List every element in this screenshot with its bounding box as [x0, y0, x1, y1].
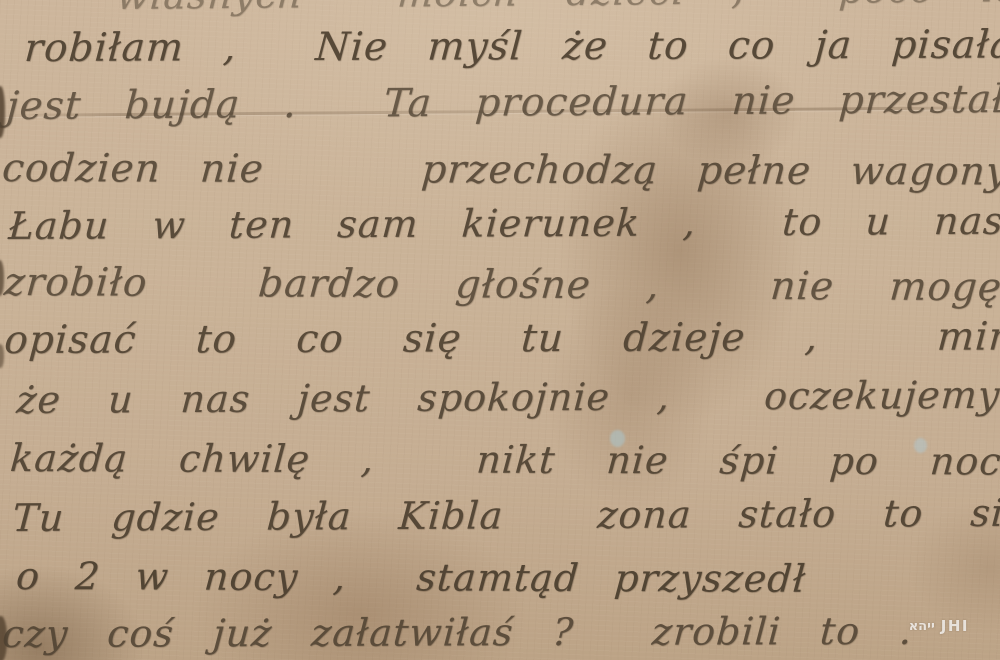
- handwriting-line: że u nas jest spokojnie , oczekujemy: [15, 373, 1000, 422]
- handwriting-line: własnych moich dzieci , poco ich: [115, 0, 1000, 18]
- handwriting-line: każdą chwilę , nikt nie śpi po nocach: [9, 436, 1000, 484]
- handwriting-line: codzien nie przechodzą pełne wagony z: [1, 146, 1000, 195]
- watermark-latin-text: JHI: [941, 617, 969, 635]
- watermark-hebrew-text: ייהא: [909, 619, 935, 634]
- handwriting-line: o 2 w nocy , stamtąd przyszedł: [15, 554, 808, 601]
- handwriting-line: opisać to co się tu dzieje , mimo: [3, 314, 1000, 363]
- ink-blot-left-edge: [0, 86, 5, 138]
- handwriting-line: jest bujdą . Ta procedura nie przestała: [5, 77, 1000, 129]
- handwriting-line: robiłam , Nie myśl że to co ja pisałam: [23, 22, 1000, 71]
- handwriting-line: Tu gdzie była Kibla zona stało to się: [11, 491, 1000, 540]
- letter-scan: własnych moich dzieci , poco ich robiłam…: [0, 0, 1000, 660]
- handwriting-line: Łabu w ten sam kierunek , to u nas się: [7, 198, 1000, 248]
- jhi-watermark-logo: ייהא JHI: [909, 617, 969, 635]
- handwriting-line: zrobiło bardzo głośne , nie mogę ci: [3, 260, 1000, 311]
- handwriting-line: czy coś już załatwiłaś ? zrobili to . je…: [1, 608, 1000, 656]
